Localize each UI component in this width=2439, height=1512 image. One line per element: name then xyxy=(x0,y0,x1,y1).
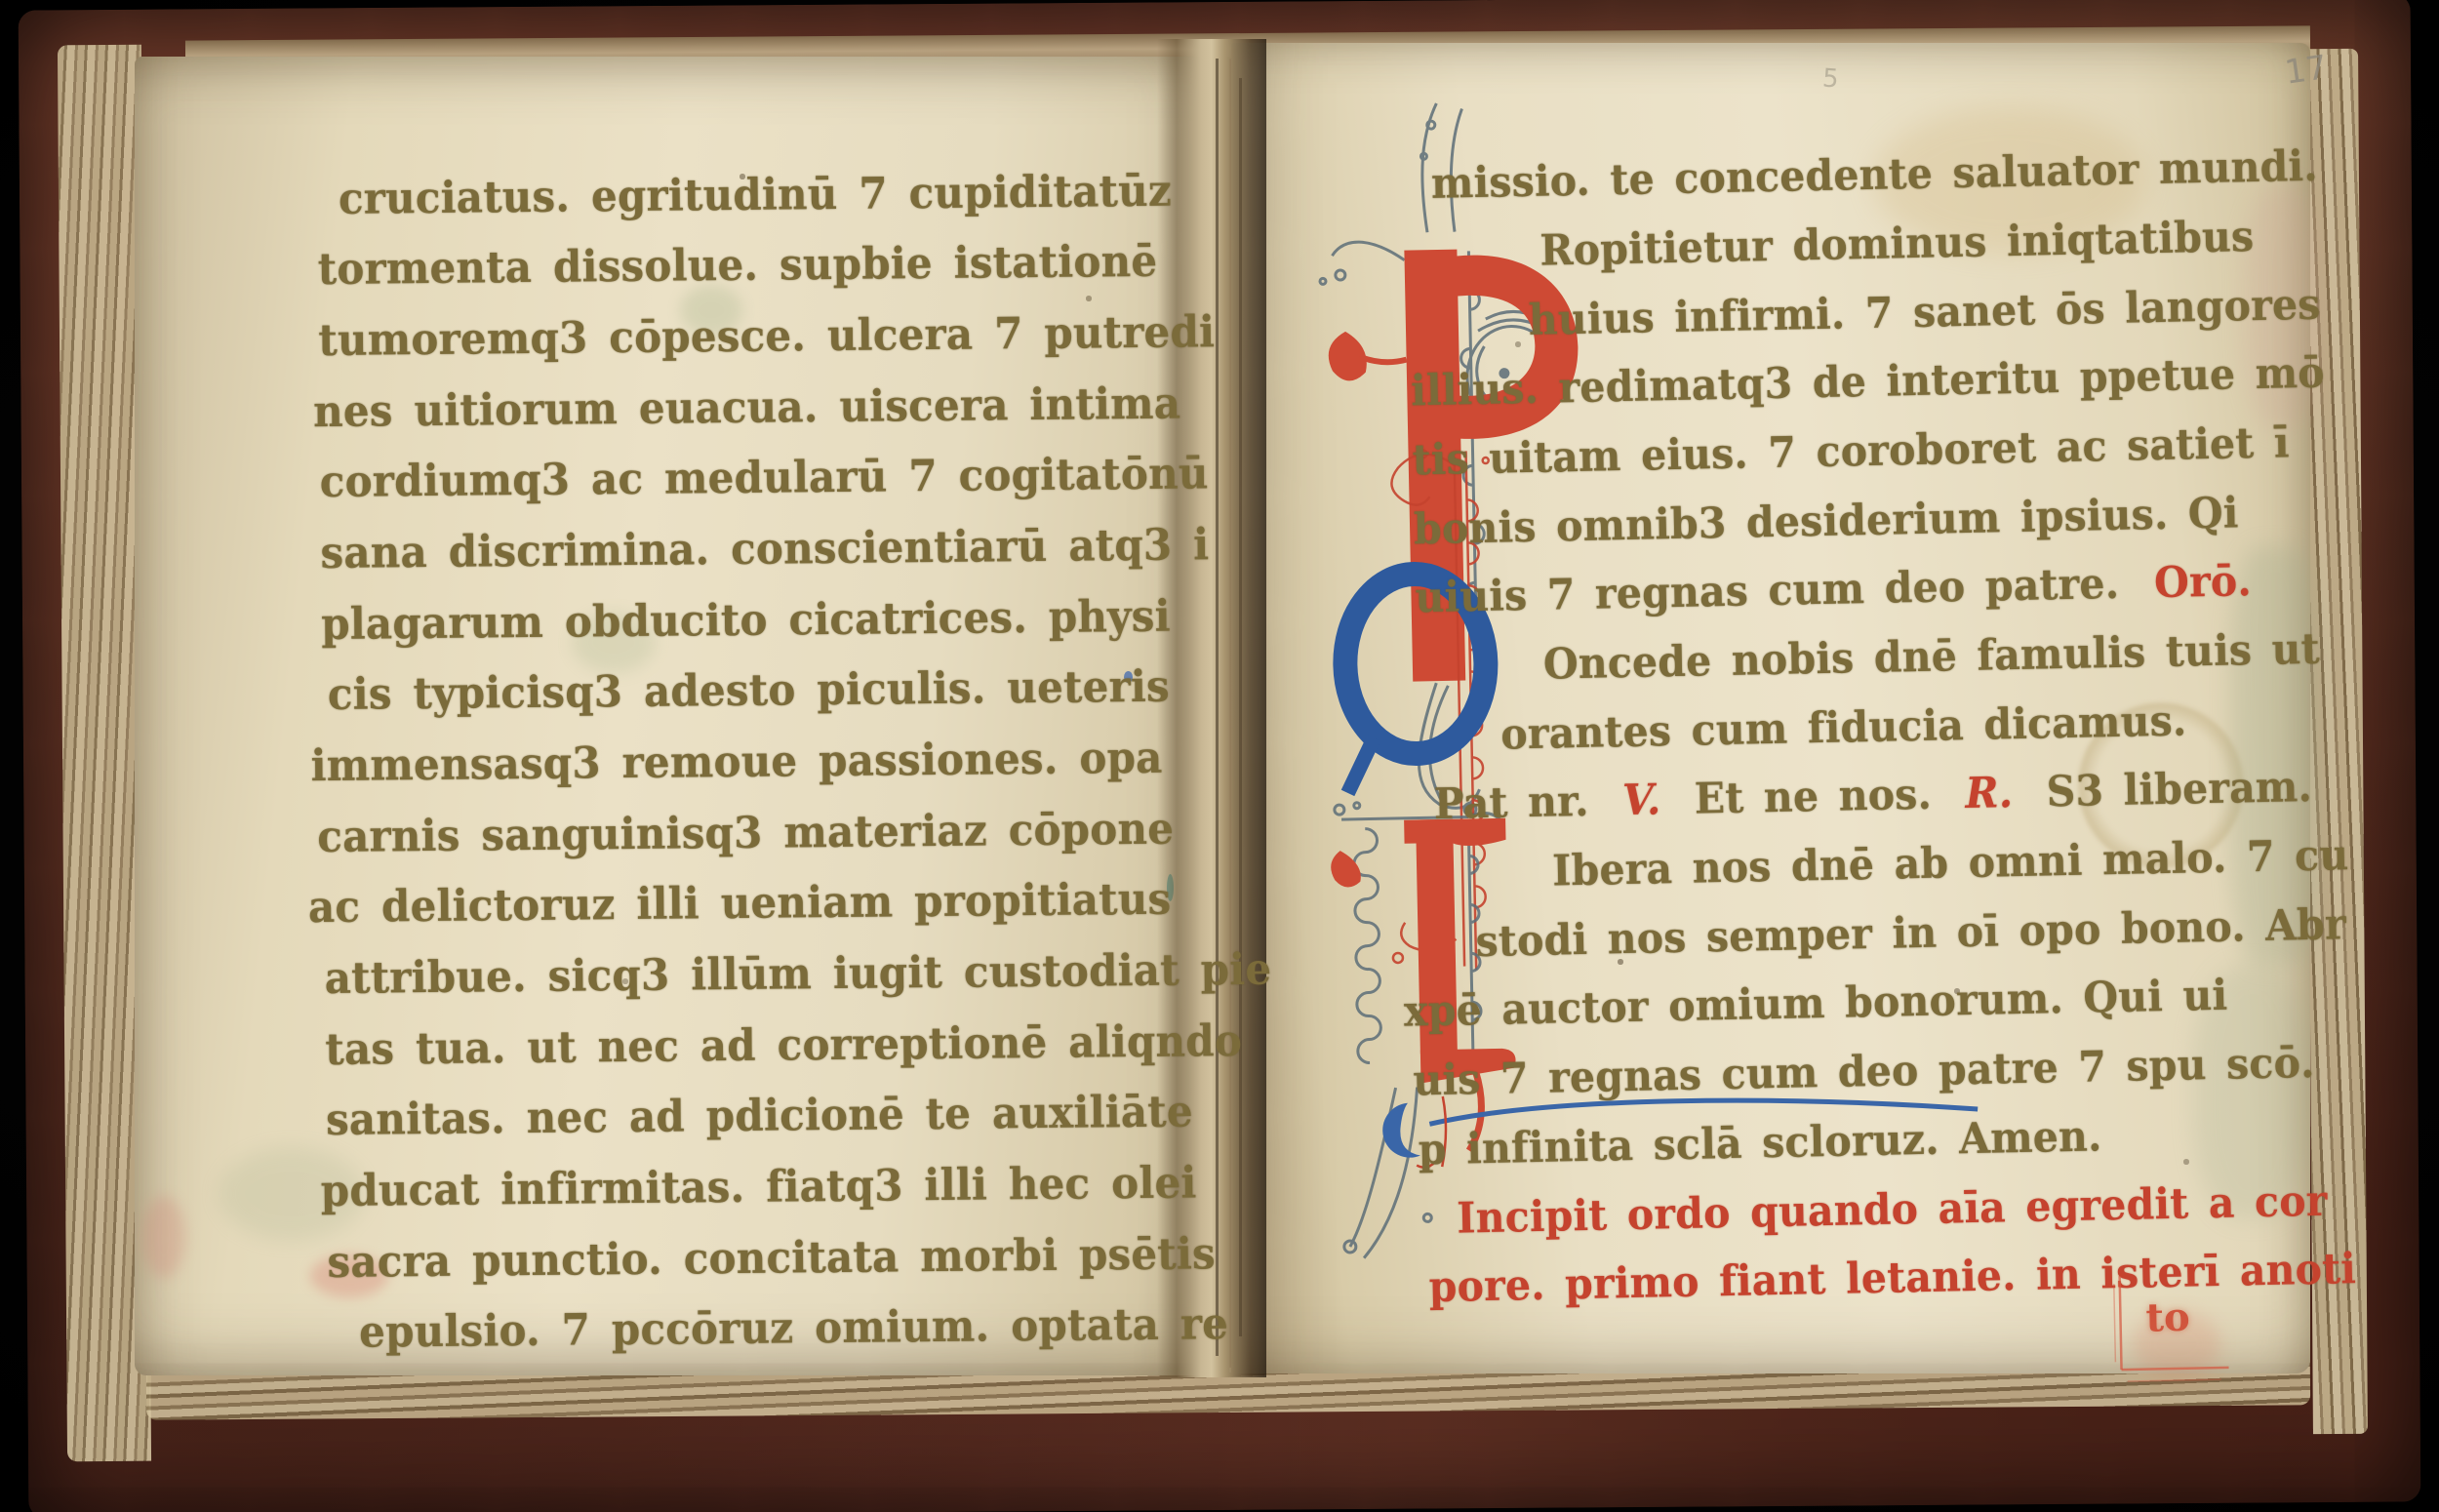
response-mark: R. xyxy=(1965,768,2014,818)
text-line: sana discrimina. conscientiarū atq3 i xyxy=(320,523,1209,575)
text-line: nes uitiorum euacua. uiscera intima xyxy=(313,381,1180,433)
manuscript-photo: cruciatus. egritudinū 7 cupiditatūz torm… xyxy=(0,0,2439,1512)
stain-pink-smear xyxy=(142,1196,185,1278)
text-line: sanitas. nec ad pdicionē te auxiliāte xyxy=(326,1090,1193,1141)
text-line: tormenta dissolue. supbie istationē xyxy=(317,240,1157,292)
rubric-line: Incipit ordo quando aīa egredit a cor xyxy=(1457,1180,2328,1240)
text-line: pducat infirmitas. fiatq3 illi hec olei xyxy=(321,1161,1197,1213)
text-line: Oncede nobis dnē famulis tuis ut xyxy=(1542,628,2320,686)
catchword-block: to xyxy=(2112,1270,2242,1400)
text-line: tumoremq3 cōpesce. ulcera 7 putredi xyxy=(318,310,1215,362)
line-text: S3 liberam. xyxy=(2046,762,2312,816)
right-page-text: P Q xyxy=(1407,146,2348,1394)
faint-top-mark: 5 xyxy=(1821,63,1840,94)
fox-speckles xyxy=(0,0,2,2)
text-line: Ibera nos dnē ab omni malo. 7 cu xyxy=(1552,834,2349,893)
text-line: cruciatus. egritudinū 7 cupiditatūz xyxy=(339,170,1172,221)
text-line: attribue. sicq3 illūm iugit custodiat pi… xyxy=(324,948,1271,1001)
versicle-mark: V. xyxy=(1622,775,1661,825)
text-line: epulsio. 7 pccōruz omium. optata re xyxy=(359,1302,1228,1354)
left-page-text: cruciatus. egritudinū 7 cupiditatūz torm… xyxy=(317,170,1246,1369)
rubric-oratio: Orō. xyxy=(2154,556,2253,608)
text-line: cordiumq3 ac medularū 7 cogitatōnū xyxy=(320,452,1209,503)
initial-p-link xyxy=(1360,356,1407,363)
text-line: Ropitietur dominus iniqtatibus xyxy=(1539,216,2255,272)
line-text: Et ne nos. xyxy=(1694,769,1932,823)
text-line: plagarum obducito cicatrices. physi xyxy=(321,595,1171,647)
text-line: tas tua. ut nec ad correptionē aliqndo xyxy=(325,1019,1242,1072)
text-line: orantes cum fiducia dicamus. xyxy=(1500,699,2187,756)
text-line: cis typicisq3 adesto piculis. ueteris xyxy=(328,665,1170,717)
blue-paraph-icon xyxy=(1382,1103,1420,1159)
text-line: huius infirmi. 7 sanet ōs langores xyxy=(1528,284,2321,342)
text-line: ac delictoruz illi ueniam propitiatus xyxy=(308,878,1172,930)
text-line: carnis sanguinisq3 materiaz cōpone xyxy=(317,808,1174,859)
folio-number: 17 xyxy=(2282,48,2329,93)
line-text: Pat nr. xyxy=(1433,776,1589,829)
text-line: sacra punctio. concitata morbi psētis xyxy=(327,1232,1216,1284)
text-line: stodi nos semper in oī opo bono. Abr xyxy=(1475,903,2346,963)
text-line: immensasq3 remoue passiones. opa xyxy=(310,736,1162,788)
